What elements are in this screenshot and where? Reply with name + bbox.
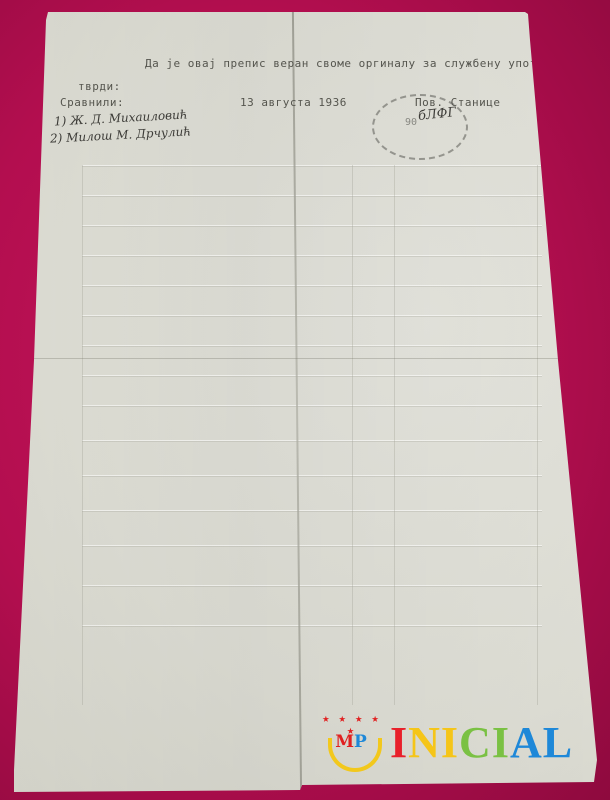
stamp-number: 90 — [405, 117, 417, 128]
brand-letter: N — [408, 717, 441, 768]
brand-letter: L — [543, 717, 573, 768]
ruled-grid — [82, 165, 542, 705]
logo-initials: MP — [320, 732, 382, 752]
document-date: 13 августа 1936 — [240, 96, 347, 109]
brand-letter: I — [441, 717, 459, 768]
brand-name: INICIAL — [390, 717, 573, 768]
brand-letter: I — [492, 717, 510, 768]
document-paper: Да је овај препис веран своме оргиналу з… — [0, 0, 610, 800]
official-stamp — [372, 94, 468, 160]
label-sravnili: Сравнили: — [60, 96, 124, 109]
certification-line: Да је овај препис веран своме оргиналу з… — [145, 57, 565, 70]
brand-letter: A — [510, 717, 543, 768]
horizontal-fold — [30, 358, 570, 359]
label-tvrdi: тврди: — [78, 80, 121, 93]
mp-logo-icon: ★ ★ ★ ★ ★ MP — [320, 712, 382, 772]
brand-letter: I — [390, 717, 408, 768]
inicial-watermark: ★ ★ ★ ★ ★ MP INICIAL — [320, 712, 573, 772]
brand-letter: C — [459, 717, 492, 768]
